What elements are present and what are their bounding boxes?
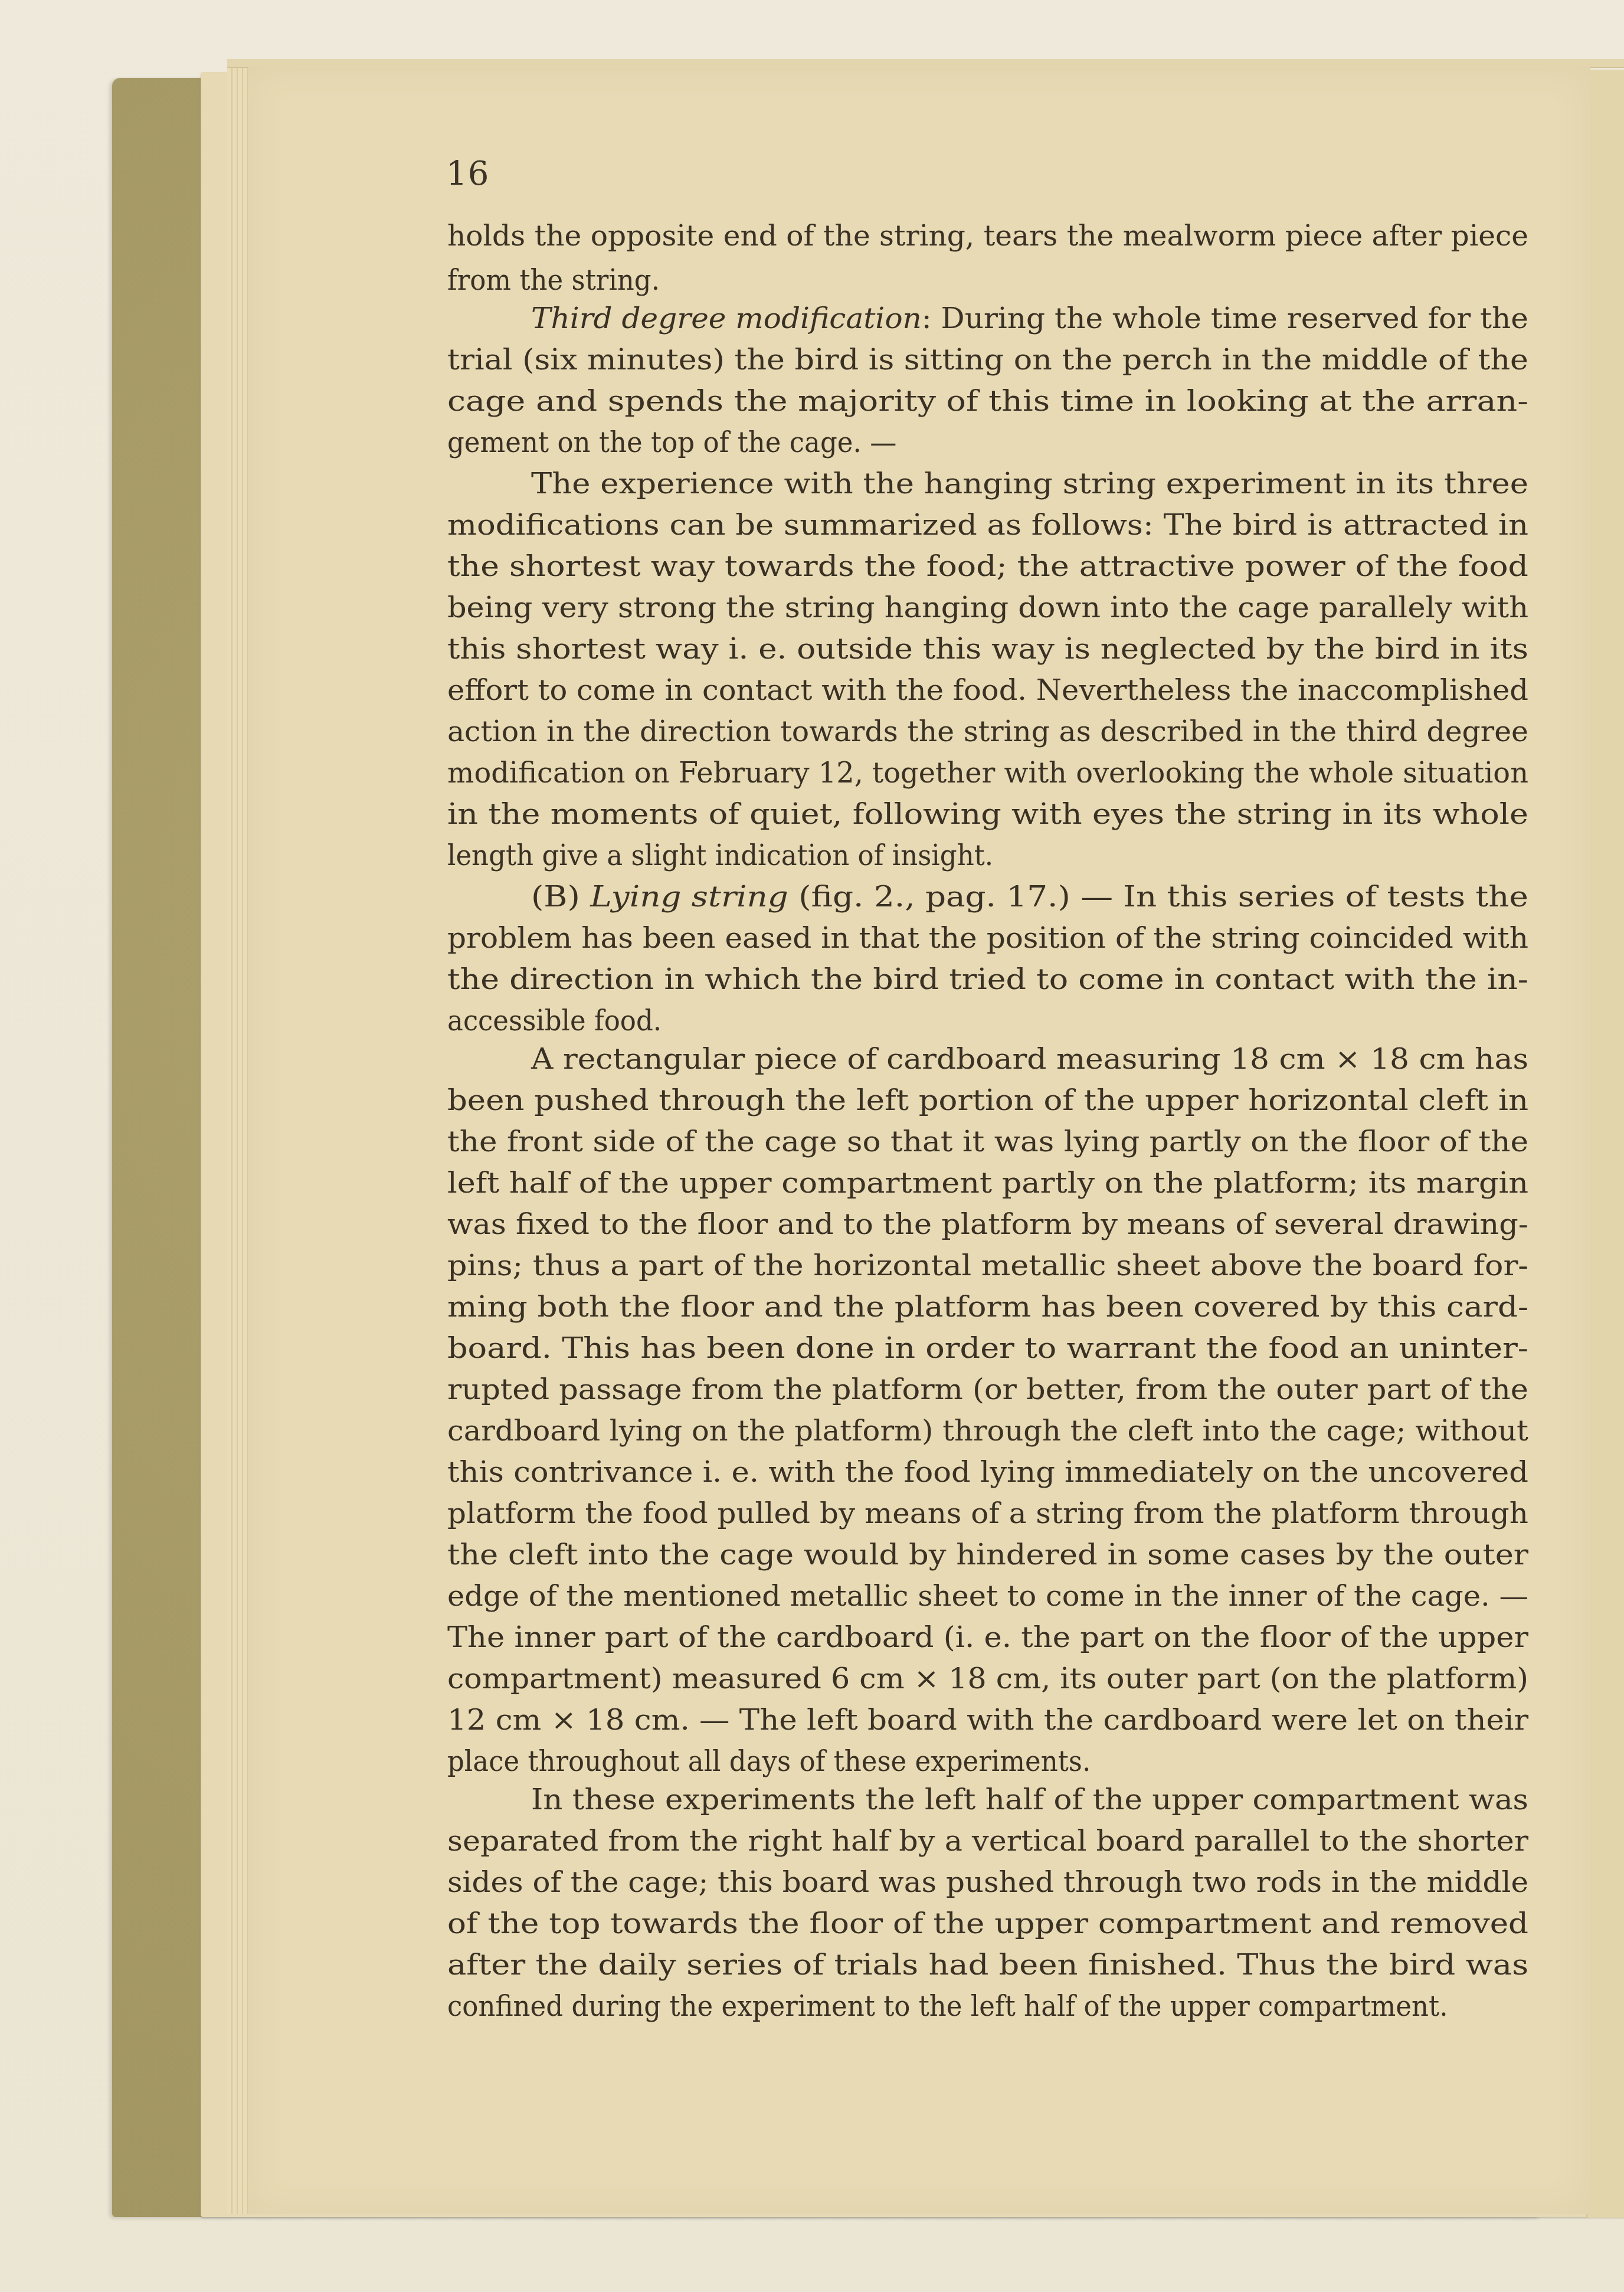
text-line: effort to come in contact with the food.… (447, 673, 1528, 708)
text-line: being very strong the string hanging dow… (447, 590, 1528, 626)
text-line: the shortest way towards the food; the a… (447, 549, 1528, 584)
text-line: cardboard lying on the platform) through… (447, 1413, 1528, 1449)
text-line: the cleft into the cage would by hindere… (447, 1537, 1528, 1573)
text-line: length give a slight indication of insig… (447, 838, 993, 873)
text-line: this shortest way i. e. outside this way… (447, 631, 1528, 667)
text-line: left half of the upper compartment partl… (447, 1165, 1528, 1201)
text-line: holds the opposite end of the string, te… (447, 218, 1528, 254)
text-line: accessible food. (447, 1003, 662, 1039)
text-line: action in the direction towards the stri… (447, 714, 1528, 749)
text-line: place throughout all days of these exper… (447, 1744, 1091, 1779)
text-line: platform the food pulled by means of a s… (447, 1496, 1528, 1531)
page-number: 16 (446, 155, 489, 193)
text-line: been pushed through the left portion of … (447, 1083, 1528, 1118)
text-line: the direction in which the bird tried to… (447, 962, 1528, 997)
text-line: was fixed to the floor and to the platfo… (447, 1207, 1528, 1242)
next-page-edge (1586, 70, 1624, 2218)
text-line: edge of the mentioned metallic sheet to … (447, 1579, 1528, 1614)
text-line: (B) Lying string (fig. 2., pag. 17.) — I… (531, 879, 1528, 915)
text-line: The experience with the hanging string e… (531, 466, 1528, 502)
text-line: rupted passage from the platform (or bet… (447, 1372, 1528, 1407)
text-line: A rectangular piece of cardboard measuri… (531, 1042, 1528, 1077)
text-line: after the daily series of trials had bee… (447, 1947, 1528, 1983)
italic-term: Lying string (590, 880, 788, 913)
text-line: 12 cm × 18 cm. — The left board with the… (447, 1702, 1528, 1738)
text-line: confined during the experiment to the le… (447, 1989, 1448, 2024)
text-line: cage and spends the majority of this tim… (447, 384, 1528, 419)
text-line: In these experiments the left half of th… (531, 1782, 1528, 1818)
text-line: compartment) measured 6 cm × 18 cm, its … (447, 1661, 1528, 1697)
text-line: of the top towards the floor of the uppe… (447, 1906, 1528, 1941)
text-line: separated from the right half by a verti… (447, 1823, 1528, 1859)
text-line: trial (six minutes) the bird is sitting … (447, 342, 1528, 378)
text-line: ming both the floor and the platform has… (447, 1289, 1528, 1325)
text-line: modifications can be summarized as follo… (447, 507, 1528, 543)
italic-term: Third degree modification (531, 302, 922, 335)
text-line: modification on February 12, together wi… (447, 755, 1528, 791)
page-edges (227, 59, 251, 2214)
text-line: from the string. (447, 263, 660, 298)
text-line: board. This has been done in order to wa… (447, 1331, 1528, 1366)
text-line: this contrivance i. e. with the food lyi… (447, 1455, 1528, 1490)
text-line: problem has been eased in that the posit… (447, 921, 1528, 956)
text-line: Third degree modification: During the wh… (531, 301, 1528, 336)
text-line: sides of the cage; this board was pushed… (447, 1865, 1528, 1900)
text-line: pins; thus a part of the horizontal meta… (447, 1248, 1528, 1283)
text-line: The inner part of the cardboard (i. e. t… (447, 1620, 1528, 1655)
text-line: the front side of the cage so that it wa… (447, 1124, 1528, 1160)
text-line: gement on the top of the cage. — (447, 425, 896, 460)
text-line: in the moments of quiet, following with … (447, 797, 1528, 832)
